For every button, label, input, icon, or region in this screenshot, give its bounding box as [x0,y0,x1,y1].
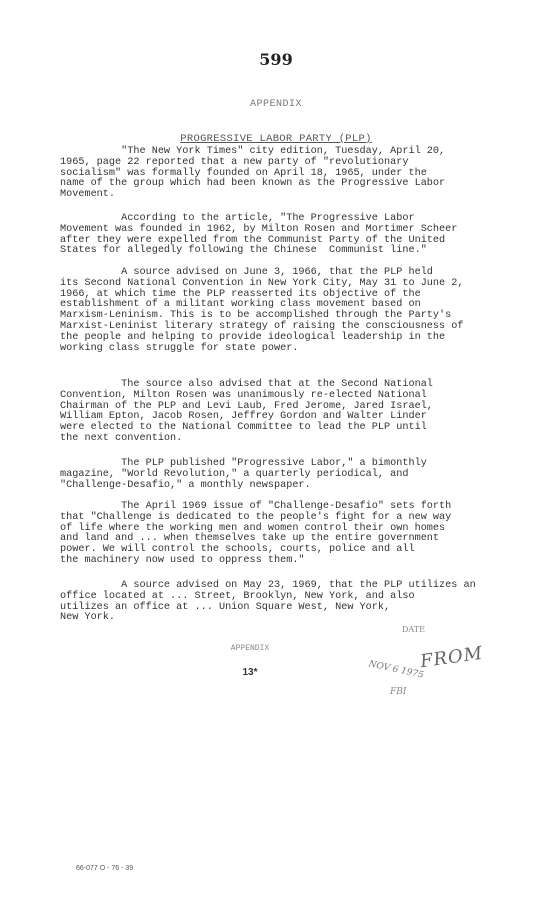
appendix-footer-label: APPENDIX [210,644,290,653]
paragraph-line: "Challenge-Desafio," a monthly newspaper… [60,481,520,492]
paragraph-line: the next convention. [60,434,520,445]
appendix-heading: APPENDIX [0,99,552,110]
paragraph-line: Movement. [60,190,520,201]
document-title: PROGRESSIVE LABOR PARTY (PLP) [0,133,552,145]
stamp-from: FROM [419,643,485,673]
paragraph-line: Convention, Milton Rosen was unanimously… [60,391,520,402]
paragraph-6: The April 1969 issue of "Challenge-Desaf… [60,502,520,567]
page-number: 599 [0,50,552,69]
paragraph-line: the machinery now used to oppress them." [60,556,520,567]
stamp-initials: FBI [390,687,406,697]
paragraph-line: its Second National Convention in New Yo… [60,279,520,290]
paragraph-line: Movement was founded in 1962, by Milton … [60,225,520,236]
paragraph-7: A source advised on May 23, 1969, that t… [60,581,520,624]
paragraph-line: utilizes an office at ... Union Square W… [60,603,520,614]
received-stamp: DATE FROM NOV 6 1975 FBI [340,625,490,715]
paragraph-line: magazine, "World Revolution," a quarterl… [60,470,520,481]
document-page: 599 APPENDIX PROGRESSIVE LABOR PARTY (PL… [0,0,552,901]
paragraph-line: that "Challenge is dedicated to the peop… [60,513,520,524]
stamp-date: NOV 6 1975 [368,659,425,680]
paragraph-4: The source also advised that at the Seco… [60,380,520,445]
paragraph-2: According to the article, "The Progressi… [60,214,520,257]
stamp-date-label: DATE [402,625,425,634]
paragraph-line: New York. [60,613,520,624]
paragraph-line: office located at ... Street, Brooklyn, … [60,592,520,603]
paragraph-5: The PLP published "Progressive Labor," a… [60,459,520,491]
appendix-page-number: 13* [210,667,290,678]
paragraph-1: "The New York Times" city edition, Tuesd… [60,147,520,201]
print-code: 66-077 O - 76 - 39 [76,865,133,872]
paragraph-line: the people and helping to provide ideolo… [60,333,520,344]
paragraph-3: A source advised on June 3, 1966, that t… [60,268,520,354]
paragraph-line: 1965, page 22 reported that a new party … [60,158,520,169]
paragraph-line: working class struggle for state power. [60,344,520,355]
paragraph-line: States for allegedly following the Chine… [60,246,520,257]
paragraph-line: name of the group which had been known a… [60,179,520,190]
